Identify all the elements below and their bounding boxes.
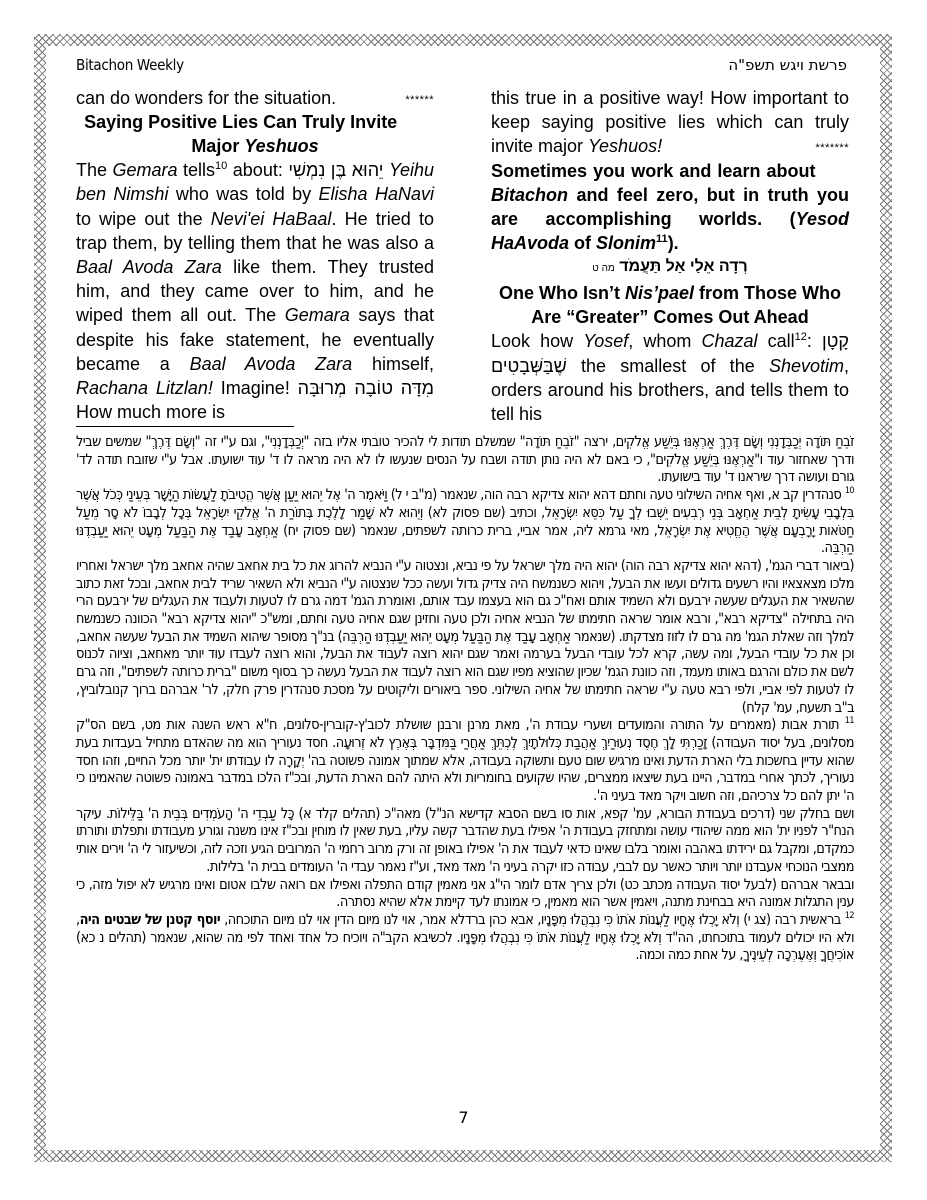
footnotes-section: זֹבֵחַ תּוֹדָה יְכַבְּדָנְנִי וְשָׂם דֶּ…: [76, 434, 854, 965]
footnote-number: 12: [845, 911, 854, 921]
footnote-continuation: זֹבֵחַ תּוֹדָה יְכַבְּדָנְנִי וְשָׂם דֶּ…: [76, 434, 854, 487]
page-number: 7: [0, 1108, 927, 1127]
footnote-ref-12[interactable]: 12: [795, 331, 807, 343]
body-paragraph-positive-way: this true in a positive way! How importa…: [491, 86, 849, 159]
section-divider-stars: ******: [405, 88, 434, 112]
footnote-11: 11 תורת אבות (מאמרים על התורה והמועדים ו…: [76, 717, 854, 806]
footnote-12: 12 בראשית רבה (צג י) וְלֹא יָכְלוּ אֶחָי…: [76, 912, 854, 965]
footnote-ref-11[interactable]: 11: [656, 233, 668, 245]
hebrew-verse-heading: רְדָה אֵלַי אַל תַּעֲמֹד מה ט: [491, 255, 849, 281]
header-publication-title: Bitachon Weekly: [76, 56, 184, 74]
bold-quote-paragraph: Sometimes you work and learn about Bitac…: [491, 159, 849, 256]
section-heading-positive-lies: Saying Positive Lies Can Truly Invite Ma…: [76, 110, 434, 158]
footnote-11-part2: ושם בחלק שני (דרכים בעבודת הבורא, עמ' קפ…: [76, 806, 854, 877]
footnote-number: 10: [845, 486, 854, 496]
footnote-10-explanation: (ביאור דברי הגמ', (דהא יהוא צדיקא רבה הו…: [76, 558, 854, 717]
footnote-11-part3: ובבאר אברהם (לבעל יסוד העבודה מכתב כט) ו…: [76, 877, 854, 912]
verse-reference: מה ט: [592, 263, 615, 274]
continuation-line: can do wonders for the situation.******: [76, 86, 434, 110]
section-heading-nispael: One Who Isn’t Nis’pael from Those Who Ar…: [491, 281, 849, 329]
header-parsha-title: פרשת ויגש תשפ"ה: [728, 56, 847, 74]
right-column: this true in a positive way! How importa…: [491, 86, 849, 426]
left-column: can do wonders for the situation.****** …: [76, 86, 434, 424]
footnote-10: 10 סנהדרין קב א, ואף אחיה השילוני טעה וח…: [76, 487, 854, 558]
section-divider-stars: *******: [816, 136, 849, 160]
footnote-ref-10[interactable]: 10: [215, 160, 227, 172]
body-paragraph-yeihu: The Gemara tells10 about: יֵהוּא בֶּן נִ…: [76, 158, 434, 424]
footnote-number: 11: [845, 716, 854, 726]
footnote-separator: [76, 426, 294, 427]
body-paragraph-yosef: Look how Yosef, whom Chazal call12: קָטָ…: [491, 329, 849, 426]
